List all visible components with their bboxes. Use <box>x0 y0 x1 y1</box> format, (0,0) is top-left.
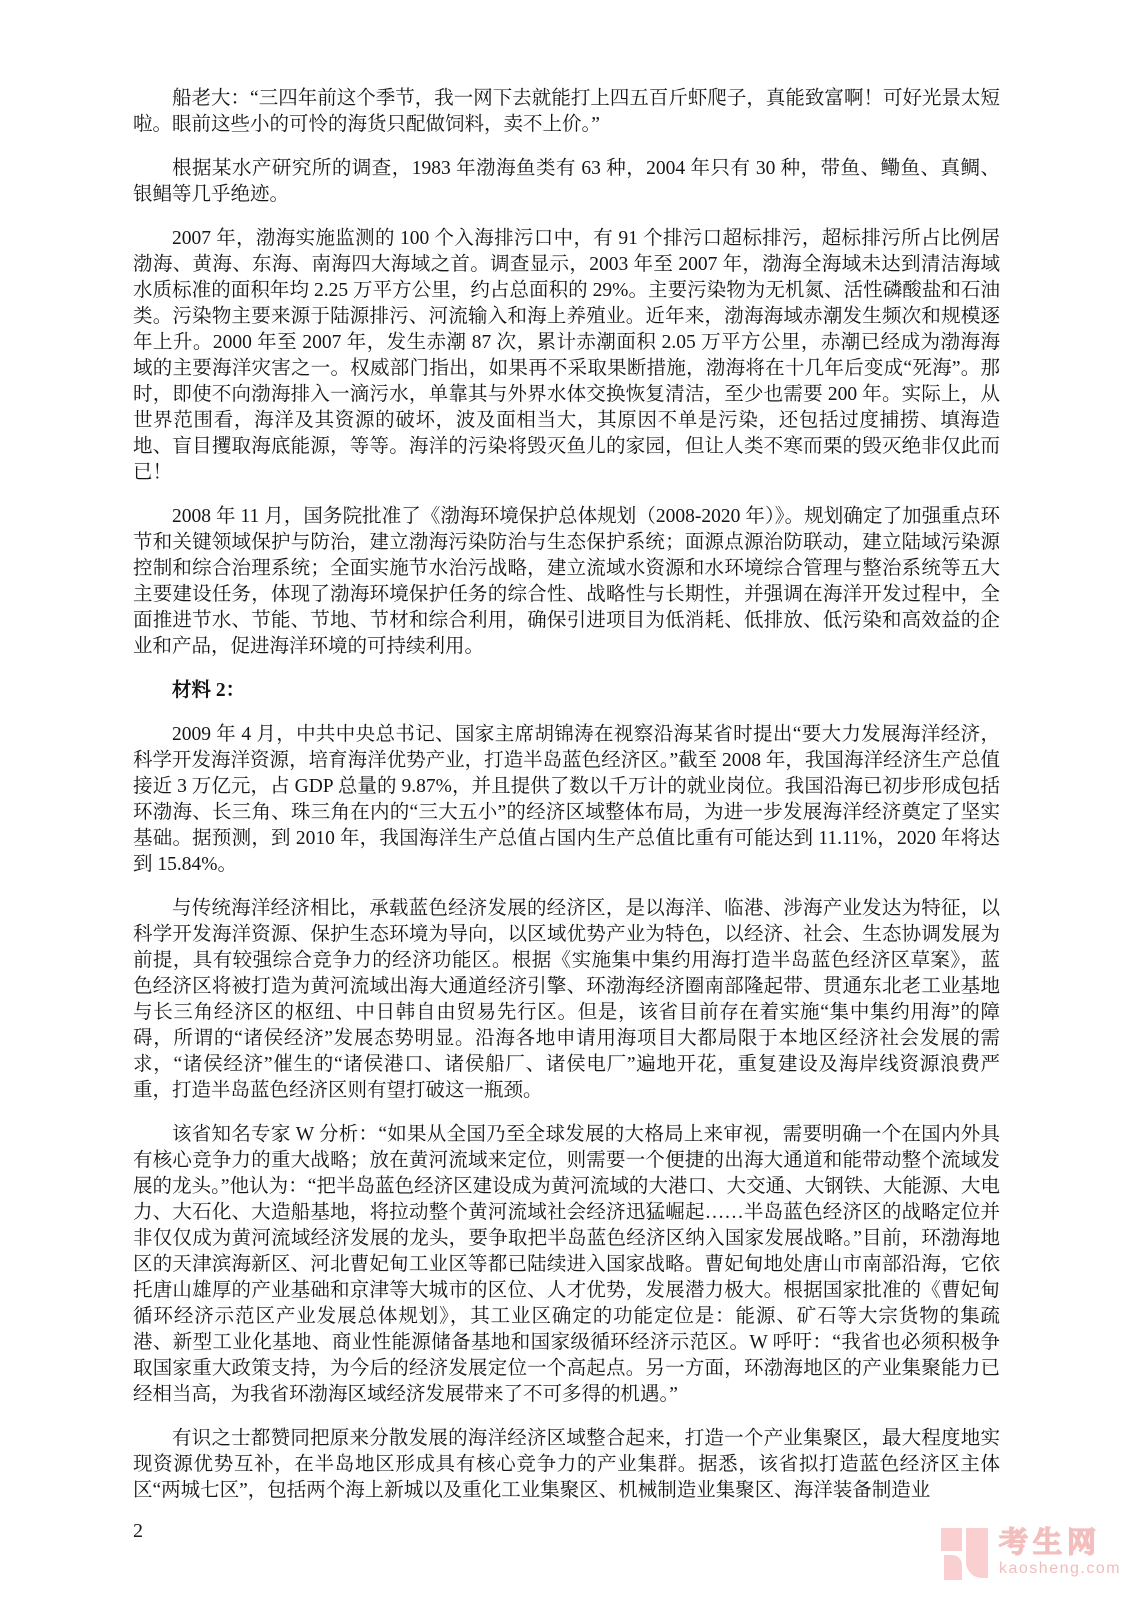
paragraph-expert-w: 该省知名专家 W 分析：“如果从全国乃至全球发展的大格局上来审视，需要明确一个在… <box>133 1122 1000 1408</box>
kaosheng-watermark: 考生网 kaosheng.com <box>941 1528 1121 1580</box>
watermark-site-domain: kaosheng.com <box>999 1560 1121 1578</box>
page-number: 2 <box>133 1518 143 1544</box>
paragraph-fish-survey: 根据某水产研究所的调查，1983 年渤海鱼类有 63 种，2004 年只有 30… <box>133 156 1000 208</box>
document-body: 船老大：“三四年前这个季节，我一网下去就能打上四五百斤虾爬子，真能致富啊！可好光… <box>133 86 1000 1504</box>
paragraph-boat-captain: 船老大：“三四年前这个季节，我一网下去就能打上四五百斤虾爬子，真能致富啊！可好光… <box>133 86 1000 138</box>
kaosheng-logo-icon <box>941 1528 989 1580</box>
paragraph-blue-economy-2009: 2009 年 4 月，中共中央总书记、国家主席胡锦涛在视察沿海某省时提出“要大力… <box>133 722 1000 878</box>
heading-material-2: 材料 2： <box>133 678 1000 704</box>
paragraph-plan-2008: 2008 年 11 月，国务院批准了《渤海环境保护总体规划（2008-2020 … <box>133 504 1000 660</box>
document-page: 船老大：“三四年前这个季节，我一网下去就能打上四五百斤虾爬子，真能致富啊！可好光… <box>0 0 1131 1600</box>
paragraph-industry-cluster: 有识之士都赞同把原来分散发展的海洋经济区域整合起来，打造一个产业集聚区，最大程度… <box>133 1426 1000 1504</box>
paragraph-economic-zone: 与传统海洋经济相比，承载蓝色经济发展的经济区，是以海洋、临港、涉海产业发达为特征… <box>133 896 1000 1104</box>
watermark-site-name: 考生网 <box>999 1528 1121 1558</box>
paragraph-pollution-2007: 2007 年，渤海实施监测的 100 个入海排污口中，有 91 个排污口超标排污… <box>133 226 1000 486</box>
